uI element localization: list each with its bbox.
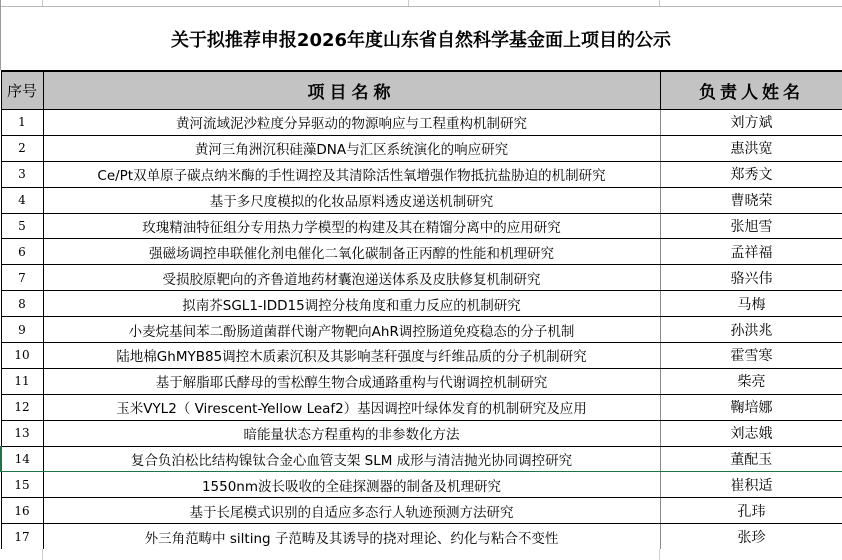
table-row: 10 陆地棉GhMYB85调控木质素沉积及其影响茎秆强度与纤维品质的分子机制研究… — [1, 343, 842, 369]
cell-project[interactable]: 玫瑰精油特征组分专用热力学模型的构建及其在精馏分离中的应用研究 — [43, 213, 660, 239]
cell-seq[interactable]: 1 — [1, 110, 43, 136]
table-row: 11 基于解脂耶氏酵母的雪松醇生物合成通路重构与代谢调控机制研究 柴亮 — [1, 368, 842, 394]
cell-seq[interactable]: 3 — [1, 161, 43, 187]
header-project-name[interactable]: 项目名称 — [43, 71, 660, 110]
project-table: 序号 项目名称 负责人姓名 1 黄河流域泥沙粒度分异驱动的物源响应与工程重构机制… — [0, 70, 842, 550]
cell-project[interactable]: 小麦烷基间苯二酚肠道菌群代谢产物靶向AhR调控肠道免疫稳态的分子机制 — [43, 317, 660, 343]
cell-project[interactable]: 受损胶原靶向的齐鲁道地药材囊泡递送体系及皮肤修复机制研究 — [43, 265, 660, 291]
cell-owner[interactable]: 鞠培娜 — [660, 394, 842, 420]
cell-owner[interactable]: 刘志娥 — [660, 420, 842, 446]
cell-project[interactable]: 黄河三角洲沉积硅藻DNA与汇区系统演化的响应研究 — [43, 135, 660, 161]
cell-owner[interactable]: 曹晓荣 — [660, 187, 842, 213]
cell-seq[interactable]: 11 — [1, 368, 43, 394]
table-row: 4 基于多尺度模拟的化妆品原料透皮递送机制研究 曹晓荣 — [1, 187, 842, 213]
cell-seq[interactable]: 10 — [1, 343, 43, 369]
cell-project[interactable]: 暗能量状态方程重构的非参数化方法 — [43, 420, 660, 446]
spreadsheet-top-strip — [0, 0, 842, 7]
cell-seq[interactable]: 4 — [1, 187, 43, 213]
title-cell[interactable]: 关于拟推荐申报2026年度山东省自然科学基金面上项目的公示 — [0, 7, 842, 70]
cell-seq[interactable]: 17 — [1, 524, 43, 550]
cell-project[interactable]: 黄河流域泥沙粒度分异驱动的物源响应与工程重构机制研究 — [43, 110, 660, 136]
cell-owner[interactable]: 骆兴伟 — [660, 265, 842, 291]
table-row: 2 黄河三角洲沉积硅藻DNA与汇区系统演化的响应研究 惠洪宽 — [1, 135, 842, 161]
page-title: 关于拟推荐申报2026年度山东省自然科学基金面上项目的公示 — [171, 26, 671, 52]
cell-owner[interactable]: 惠洪宽 — [660, 135, 842, 161]
table-header-row: 序号 项目名称 负责人姓名 — [1, 71, 842, 110]
table-row-selected: 14 复合负泊松比结构镍钛合金心血管支架 SLM 成形与清洁抛光协同调控研究 董… — [1, 446, 842, 472]
cell-seq[interactable]: 2 — [1, 135, 43, 161]
table-row: 16 基于长尾模式识别的自适应多态行人轨迹预测方法研究 孔玮 — [1, 498, 842, 524]
cell-project[interactable]: 玉米VYL2（ Virescent-Yellow Leaf2）基因调控叶绿体发育… — [43, 394, 660, 420]
header-seq[interactable]: 序号 — [1, 71, 43, 110]
cell-project[interactable]: 基于解脂耶氏酵母的雪松醇生物合成通路重构与代谢调控机制研究 — [43, 368, 660, 394]
table-row: 7 受损胶原靶向的齐鲁道地药材囊泡递送体系及皮肤修复机制研究 骆兴伟 — [1, 265, 842, 291]
cell-seq[interactable]: 16 — [1, 498, 43, 524]
cell-project[interactable]: 基于长尾模式识别的自适应多态行人轨迹预测方法研究 — [43, 498, 660, 524]
cell-owner[interactable]: 崔积适 — [660, 472, 842, 498]
cell-project[interactable]: 1550nm波长吸收的全硅探测器的制备及机理研究 — [43, 472, 660, 498]
cell-owner[interactable]: 马梅 — [660, 291, 842, 317]
cell-project[interactable]: 外三角范畴中 silting 子范畴及其诱导的挠对理论、约化与粘合不变性 — [43, 524, 660, 550]
cell-seq[interactable]: 9 — [1, 317, 43, 343]
table-row: 17 外三角范畴中 silting 子范畴及其诱导的挠对理论、约化与粘合不变性 … — [1, 524, 842, 550]
cell-owner[interactable]: 张珍 — [660, 524, 842, 550]
table-row: 6 强磁场调控串联催化剂电催化二氧化碳制备正丙醇的性能和机理研究 孟祥福 — [1, 239, 842, 265]
column-separator — [659, 0, 660, 6]
table-row: 12 玉米VYL2（ Virescent-Yellow Leaf2）基因调控叶绿… — [1, 394, 842, 420]
cell-owner[interactable]: 孙洪兆 — [660, 317, 842, 343]
cell-owner[interactable]: 董配玉 — [660, 446, 842, 472]
cell-project[interactable]: Ce/Pt双单原子碳点纳米酶的手性调控及其清除活性氧增强作物抵抗盐胁迫的机制研究 — [43, 161, 660, 187]
cell-project[interactable]: 陆地棉GhMYB85调控木质素沉积及其影响茎秆强度与纤维品质的分子机制研究 — [43, 343, 660, 369]
cell-owner[interactable]: 孟祥福 — [660, 239, 842, 265]
header-owner-name[interactable]: 负责人姓名 — [660, 71, 842, 110]
cell-seq[interactable]: 12 — [1, 394, 43, 420]
table-body: 1 黄河流域泥沙粒度分异驱动的物源响应与工程重构机制研究 刘方斌 2 黄河三角洲… — [1, 110, 842, 550]
table-row: 3 Ce/Pt双单原子碳点纳米酶的手性调控及其清除活性氧增强作物抵抗盐胁迫的机制… — [1, 161, 842, 187]
cell-seq[interactable]: 15 — [1, 472, 43, 498]
cell-project[interactable]: 基于多尺度模拟的化妆品原料透皮递送机制研究 — [43, 187, 660, 213]
cell-project[interactable]: 强磁场调控串联催化剂电催化二氧化碳制备正丙醇的性能和机理研究 — [43, 239, 660, 265]
table-row: 1 黄河流域泥沙粒度分异驱动的物源响应与工程重构机制研究 刘方斌 — [1, 110, 842, 136]
cell-seq[interactable]: 14 — [1, 446, 43, 472]
cell-project[interactable]: 复合负泊松比结构镍钛合金心血管支架 SLM 成形与清洁抛光协同调控研究 — [43, 446, 660, 472]
cell-owner[interactable]: 刘方斌 — [660, 110, 842, 136]
empty-sheet-area[interactable] — [0, 549, 842, 560]
cell-seq[interactable]: 13 — [1, 420, 43, 446]
table-row: 5 玫瑰精油特征组分专用热力学模型的构建及其在精馏分离中的应用研究 张旭雪 — [1, 213, 842, 239]
column-separator — [42, 549, 43, 560]
table-row: 13 暗能量状态方程重构的非参数化方法 刘志娥 — [1, 420, 842, 446]
cell-owner[interactable]: 郑秀文 — [660, 161, 842, 187]
column-separator — [42, 0, 43, 6]
cell-owner[interactable]: 霍雪寒 — [660, 343, 842, 369]
column-separator — [659, 549, 660, 560]
cell-owner[interactable]: 柴亮 — [660, 368, 842, 394]
cell-owner[interactable]: 张旭雪 — [660, 213, 842, 239]
column-separator — [408, 0, 409, 6]
table-row: 15 1550nm波长吸收的全硅探测器的制备及机理研究 崔积适 — [1, 472, 842, 498]
table-row: 8 拟南芥SGL1-IDD15调控分枝角度和重力反应的机制研究 马梅 — [1, 291, 842, 317]
table-row: 9 小麦烷基间苯二酚肠道菌群代谢产物靶向AhR调控肠道免疫稳态的分子机制 孙洪兆 — [1, 317, 842, 343]
cell-owner[interactable]: 孔玮 — [660, 498, 842, 524]
cell-seq[interactable]: 7 — [1, 265, 43, 291]
cell-seq[interactable]: 8 — [1, 291, 43, 317]
cell-project[interactable]: 拟南芥SGL1-IDD15调控分枝角度和重力反应的机制研究 — [43, 291, 660, 317]
cell-seq[interactable]: 6 — [1, 239, 43, 265]
cell-seq[interactable]: 5 — [1, 213, 43, 239]
